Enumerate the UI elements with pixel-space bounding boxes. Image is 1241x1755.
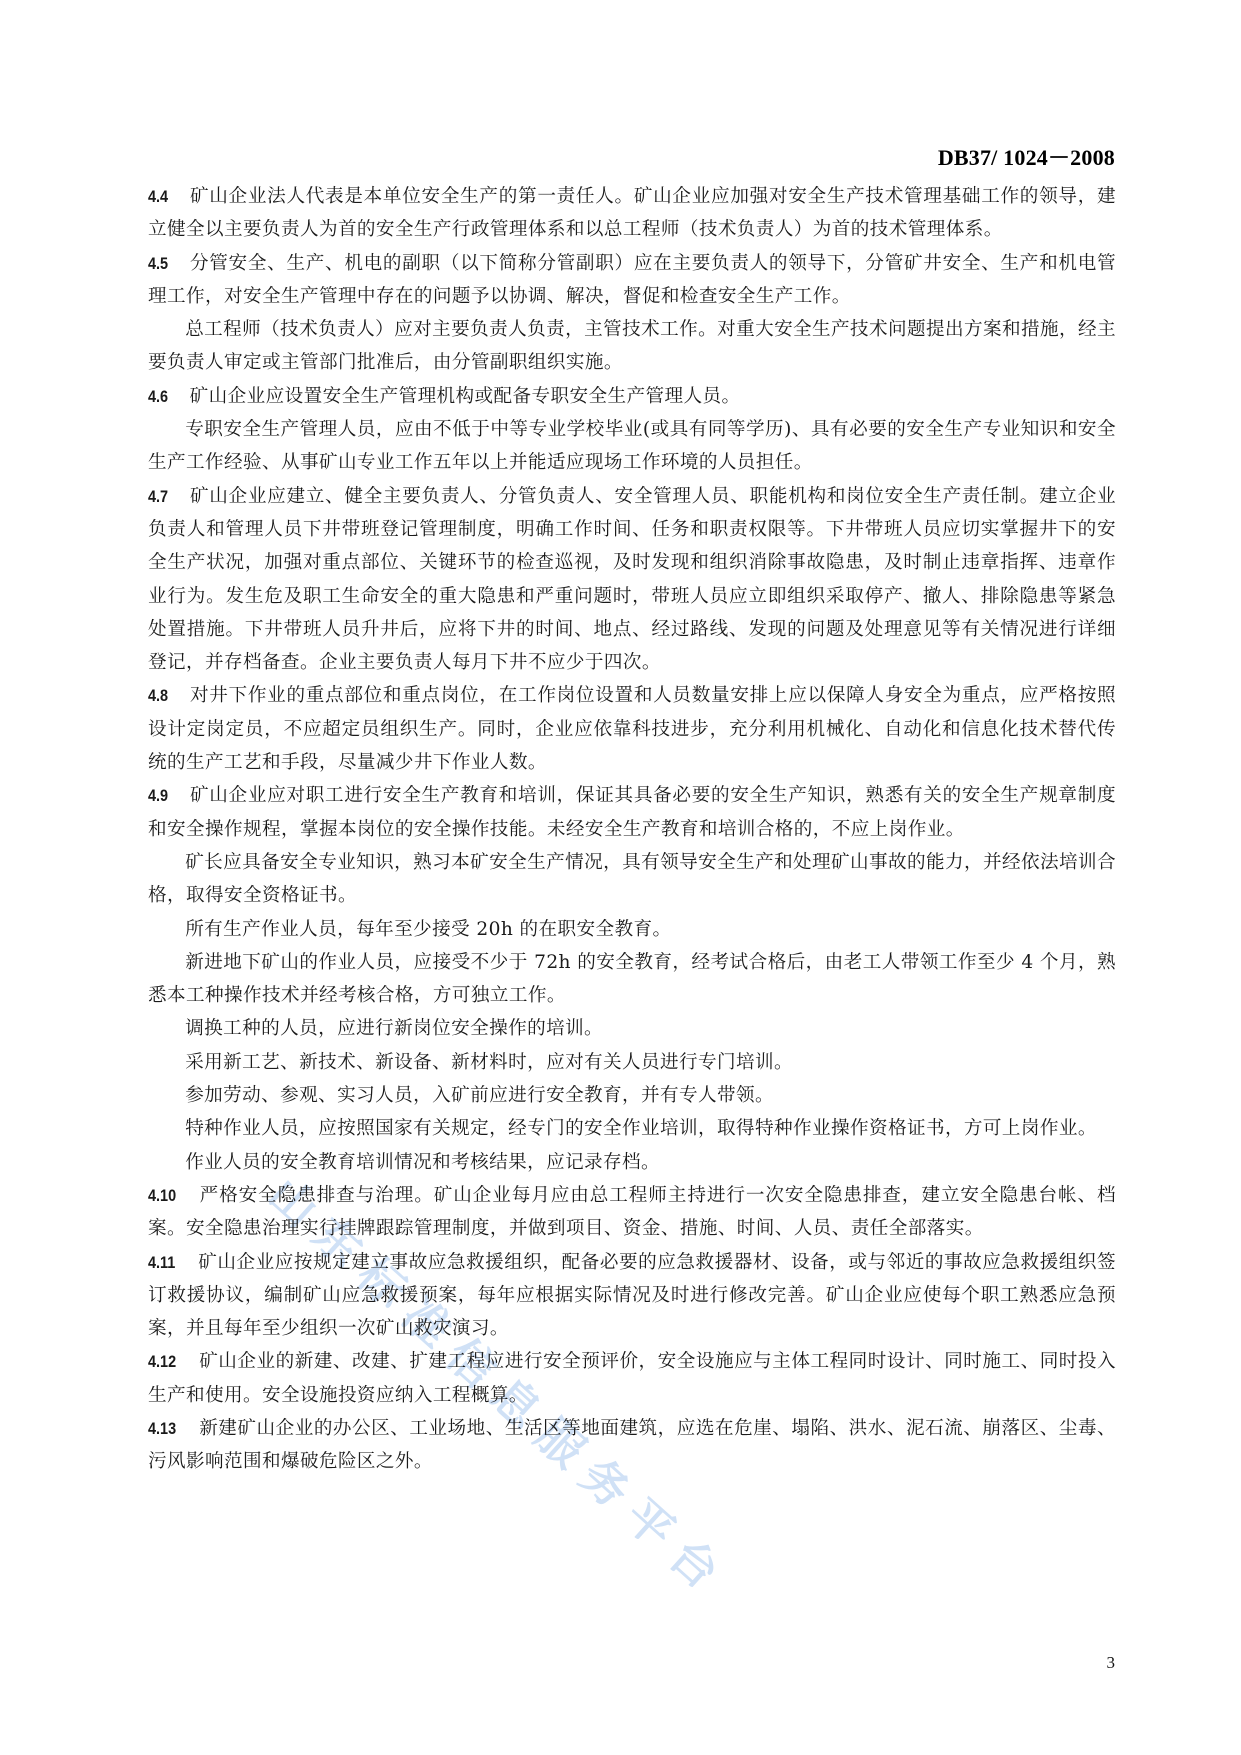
clause-number: 4.13: [148, 1412, 176, 1445]
clause-4-8: 4.8对井下作业的重点部位和重点岗位，在工作岗位设置和人员数量安排上应以保障人身…: [148, 679, 1116, 779]
clause-number: 4.4: [148, 180, 168, 213]
clause-4-9: 4.9矿山企业应对职工进行安全生产教育和培训，保证其具备必要的安全生产知识，熟悉…: [148, 779, 1116, 846]
standard-code: DB37/ 1024－2008: [938, 141, 1115, 172]
clause-4-10: 4.10严格安全隐患排查与治理。矿山企业每月应由总工程师主持进行一次安全隐患排查…: [148, 1179, 1116, 1246]
clause-4-4: 4.4矿山企业法人代表是本单位安全生产的第一责任人。矿山企业应加强对安全生产技术…: [148, 180, 1116, 247]
paragraph: 调换工种的人员，应进行新岗位安全操作的培训。: [148, 1012, 1116, 1045]
paragraph: 作业人员的安全教育培训情况和考核结果，应记录存档。: [148, 1146, 1116, 1179]
paragraph: 采用新工艺、新技术、新设备、新材料时，应对有关人员进行专门培训。: [148, 1046, 1116, 1079]
clause-text: 矿山企业的新建、改建、扩建工程应进行安全预评价，安全设施应与主体工程同时设计、同…: [148, 1351, 1116, 1405]
clause-4-6: 4.6矿山企业应设置安全生产管理机构或配备专职安全生产管理人员。: [148, 380, 1116, 413]
paragraph: 特种作业人员，应按照国家有关规定，经专门的安全作业培训，取得特种作业操作资格证书…: [148, 1112, 1116, 1145]
clause-text: 分管安全、生产、机电的副职（以下简称分管副职）应在主要负责人的领导下，分管矿井安…: [148, 253, 1116, 307]
clause-text: 矿山企业应设置安全生产管理机构或配备专职安全生产管理人员。: [190, 386, 741, 407]
clause-text: 矿山企业应建立、健全主要负责人、分管负责人、安全管理人员、职能机构和岗位安全生产…: [148, 486, 1116, 673]
clause-number: 4.8: [148, 679, 168, 712]
paragraph: 矿长应具备安全专业知识，熟习本矿安全生产情况，具有领导安全生产和处理矿山事故的能…: [148, 846, 1116, 913]
paragraph: 参加劳动、参观、实习人员，入矿前应进行安全教育，并有专人带领。: [148, 1079, 1116, 1112]
clause-4-12: 4.12矿山企业的新建、改建、扩建工程应进行安全预评价，安全设施应与主体工程同时…: [148, 1345, 1116, 1412]
clause-text: 矿山企业应对职工进行安全生产教育和培训，保证其具备必要的安全生产知识，熟悉有关的…: [148, 785, 1116, 839]
clause-number: 4.7: [148, 480, 168, 513]
clause-text: 严格安全隐患排查与治理。矿山企业每月应由总工程师主持进行一次安全隐患排查，建立安…: [148, 1185, 1116, 1239]
clause-number: 4.9: [148, 779, 168, 812]
clause-4-7: 4.7矿山企业应建立、健全主要负责人、分管负责人、安全管理人员、职能机构和岗位安…: [148, 480, 1116, 680]
page-number: 3: [1107, 1653, 1116, 1673]
document-page: DB37/ 1024－2008 山东标准信息服务平台 4.4矿山企业法人代表是本…: [0, 0, 1241, 1755]
clause-4-5: 4.5分管安全、生产、机电的副职（以下简称分管副职）应在主要负责人的领导下，分管…: [148, 247, 1116, 314]
paragraph: 总工程师（技术负责人）应对主要负责人负责，主管技术工作。对重大安全生产技术问题提…: [148, 313, 1116, 380]
clause-text: 对井下作业的重点部位和重点岗位，在工作岗位设置和人员数量安排上应以保障人身安全为…: [148, 685, 1116, 773]
document-body: 4.4矿山企业法人代表是本单位安全生产的第一责任人。矿山企业应加强对安全生产技术…: [148, 180, 1116, 1479]
clause-number: 4.5: [148, 247, 168, 280]
clause-4-13: 4.13新建矿山企业的办公区、工业场地、生活区等地面建筑，应选在危崖、塌陷、洪水…: [148, 1412, 1116, 1479]
clause-number: 4.11: [148, 1246, 175, 1279]
paragraph: 新进地下矿山的作业人员，应接受不少于 72h 的安全教育，经考试合格后，由老工人…: [148, 946, 1116, 1013]
paragraph: 专职安全生产管理人员，应由不低于中等专业学校毕业(或具有同等学历)、具有必要的安…: [148, 413, 1116, 480]
clause-number: 4.6: [148, 380, 168, 413]
clause-4-11: 4.11矿山企业应按规定建立事故应急救援组织，配备必要的应急救援器材、设备，或与…: [148, 1246, 1116, 1346]
clause-text: 矿山企业应按规定建立事故应急救援组织，配备必要的应急救援器材、设备，或与邻近的事…: [148, 1252, 1116, 1340]
clause-number: 4.10: [148, 1179, 176, 1212]
clause-text: 矿山企业法人代表是本单位安全生产的第一责任人。矿山企业应加强对安全生产技术管理基…: [148, 186, 1116, 240]
clause-number: 4.12: [148, 1345, 176, 1378]
paragraph: 所有生产作业人员，每年至少接受 20h 的在职安全教育。: [148, 913, 1116, 946]
clause-text: 新建矿山企业的办公区、工业场地、生活区等地面建筑，应选在危崖、塌陷、洪水、泥石流…: [148, 1418, 1116, 1472]
